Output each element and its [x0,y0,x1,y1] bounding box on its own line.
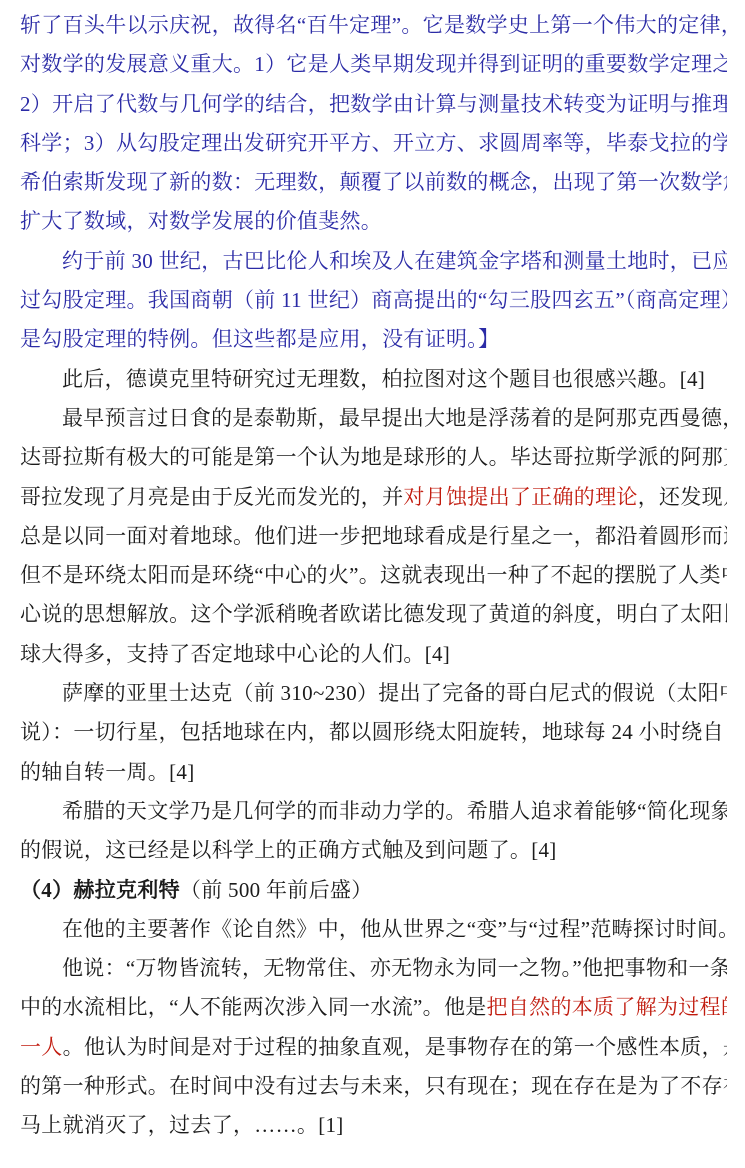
body-text: 他说：“万物皆流转，无物常住、亦无物永为同一之物。”他把事物和一条河 [62,956,727,980]
text-line-10: 此后，德谟克里特研究过无理数，柏拉图对这个题目也很感兴趣。[4] [20,360,727,399]
text-line-18: 萨摩的亚里士达克（前 310~230）提出了完备的哥白尼式的假说（太阳中心 [20,674,727,713]
body-text: ，还发现月亮 [638,485,727,509]
text-line-9: 是勾股定理的特例。但这些都是应用，没有证明。】 [20,320,727,359]
annotation-blue-text: 斩了百头牛以示庆祝，故得名“百牛定理”。它是数学史上第一个伟大的定律， [20,13,727,37]
text-line-1: 斩了百头牛以示庆祝，故得名“百牛定理”。它是数学史上第一个伟大的定律， [20,6,727,45]
text-line-27: 一人。他认为时间是对于过程的抽象直观，是事物存在的第一个感性本质，是变 [20,1028,727,1067]
body-text: 最早预言过日食的是泰勒斯，最早提出大地是浮荡着的是阿那克西曼德，毕 [62,406,727,430]
annotation-blue-text: 过勾股定理。我国商朝（前 11 世纪）商高提出的“勾三股四玄五”（商高定理） [20,288,727,312]
body-text: 希腊的天文学乃是几何学的而非动力学的。希腊人追求着能够“简化现象” [62,799,727,823]
text-line-29: 马上就消灭了，过去了，……。[1] [20,1106,727,1145]
annotation-blue-text: 对数学的发展意义重大。1）它是人类早期发现并得到证明的重要数学定理之一 [20,52,727,76]
text-line-23: （4）赫拉克利特（前 500 年前后盛） [20,871,727,910]
body-text: 达哥拉斯有极大的可能是第一个认为地是球形的人。毕达哥拉斯学派的阿那克萨 [20,445,727,469]
text-line-11: 最早预言过日食的是泰勒斯，最早提出大地是浮荡着的是阿那克西曼德，毕 [20,399,727,438]
text-line-19: 说）：一切行星，包括地球在内，都以圆形绕太阳旋转，地球每 24 小时绕自自己 [20,713,727,752]
text-line-7: 约于前 30 世纪，古巴比伦人和埃及人在建筑金字塔和测量土地时，已应用 [20,242,727,281]
body-text: 萨摩的亚里士达克（前 310~230）提出了完备的哥白尼式的假说（太阳中心 [62,681,727,705]
text-line-14: 总是以同一面对着地球。他们进一步把地球看成是行星之一，都沿着圆形而运动， [20,517,727,556]
text-line-5: 希伯索斯发现了新的数：无理数，颠覆了以前数的概念，出现了第一次数学危机； [20,163,727,202]
body-text: 总是以同一面对着地球。他们进一步把地球看成是行星之一，都沿着圆形而运动， [20,524,727,548]
body-text: 的轴自转一周。[4] [20,760,195,784]
annotation-blue-text: 科学；3）从勾股定理出发研究开平方、开立方、求圆周率等，毕泰戈拉的学生 [20,131,727,155]
annotation-blue-text: 希伯索斯发现了新的数：无理数，颠覆了以前数的概念，出现了第一次数学危机； [20,170,727,194]
text-line-8: 过勾股定理。我国商朝（前 11 世纪）商高提出的“勾三股四玄五”（商高定理） [20,281,727,320]
annotation-blue-text: 2）开启了代数与几何学的结合，把数学由计算与测量技术转变为证明与推理的 [20,92,727,116]
heading-bold-text: （4）赫拉克利特 [20,878,180,902]
body-text: 心说的思想解放。这个学派稍晚者欧诺比德发现了黄道的斜度，明白了太阳比地 [20,602,727,626]
text-line-20: 的轴自转一周。[4] [20,753,727,792]
text-line-6: 扩大了数域，对数学发展的价值斐然。 [20,202,727,241]
highlighted-red-text: 把自然的本质了解为过程的第 [487,995,727,1019]
body-text: 。他认为时间是对于过程的抽象直观，是事物存在的第一个感性本质，是变 [63,1035,727,1059]
text-line-24: 在他的主要著作《论自然》中，他从世界之“变”与“过程”范畴探讨时间。 [20,910,727,949]
body-text: 的第一种形式。在时间中没有过去与未来，只有现在；现在存在是为了不存在， [20,1074,727,1098]
body-text: 但不是环绕太阳而是环绕“中心的火”。这就表现出一种了不起的摆脱了人类中 [20,563,727,587]
text-line-25: 他说：“万物皆流转，无物常住、亦无物永为同一之物。”他把事物和一条河 [20,949,727,988]
body-text: 此后，德谟克里特研究过无理数，柏拉图对这个题目也很感兴趣。[4] [62,367,705,391]
body-text: 中的水流相比，“人不能两次涉入同一水流”。他是 [20,995,487,1019]
annotation-blue-text: 约于前 30 世纪，古巴比伦人和埃及人在建筑金字塔和测量土地时，已应用 [62,249,727,273]
body-text: 球大得多，支持了否定地球中心论的人们。[4] [20,642,450,666]
text-line-15: 但不是环绕太阳而是环绕“中心的火”。这就表现出一种了不起的摆脱了人类中 [20,556,727,595]
document-body: 斩了百头牛以示庆祝，故得名“百牛定理”。它是数学史上第一个伟大的定律，对数学的发… [20,6,727,1146]
text-line-2: 对数学的发展意义重大。1）它是人类早期发现并得到证明的重要数学定理之一 [20,45,727,84]
text-line-12: 达哥拉斯有极大的可能是第一个认为地是球形的人。毕达哥拉斯学派的阿那克萨 [20,438,727,477]
body-text: 的假说，这已经是以科学上的正确方式触及到问题了。[4] [20,838,557,862]
text-line-28: 的第一种形式。在时间中没有过去与未来，只有现在；现在存在是为了不存在， [20,1067,727,1106]
text-line-21: 希腊的天文学乃是几何学的而非动力学的。希腊人追求着能够“简化现象” [20,792,727,831]
text-line-17: 球大得多，支持了否定地球中心论的人们。[4] [20,635,727,674]
text-line-3: 2）开启了代数与几何学的结合，把数学由计算与测量技术转变为证明与推理的 [20,85,727,124]
highlighted-red-text: 对月蚀提出了正确的理论 [403,485,637,509]
text-line-16: 心说的思想解放。这个学派稍晚者欧诺比德发现了黄道的斜度，明白了太阳比地 [20,595,727,634]
body-text: 哥拉发现了月亮是由于反光而发光的，并 [20,485,403,509]
highlighted-red-text: 一人 [20,1035,63,1059]
body-text: 在他的主要著作《论自然》中，他从世界之“变”与“过程”范畴探讨时间。 [62,917,727,941]
text-line-22: 的假说，这已经是以科学上的正确方式触及到问题了。[4] [20,831,727,870]
body-text: 说）：一切行星，包括地球在内，都以圆形绕太阳旋转，地球每 24 小时绕自自己 [20,720,727,744]
text-line-26: 中的水流相比，“人不能两次涉入同一水流”。他是把自然的本质了解为过程的第 [20,988,727,1027]
annotation-blue-text: 是勾股定理的特例。但这些都是应用，没有证明。】 [20,327,499,351]
annotation-blue-text: 扩大了数域，对数学发展的价值斐然。 [20,209,382,233]
document-page: 斩了百头牛以示庆祝，故得名“百牛定理”。它是数学史上第一个伟大的定律，对数学的发… [0,0,745,1168]
text-line-13: 哥拉发现了月亮是由于反光而发光的，并对月蚀提出了正确的理论，还发现月亮 [20,478,727,517]
body-text: 马上就消灭了，过去了，……。[1] [20,1113,344,1137]
body-text: （前 500 年前后盛） [180,878,373,902]
text-line-4: 科学；3）从勾股定理出发研究开平方、开立方、求圆周率等，毕泰戈拉的学生 [20,124,727,163]
